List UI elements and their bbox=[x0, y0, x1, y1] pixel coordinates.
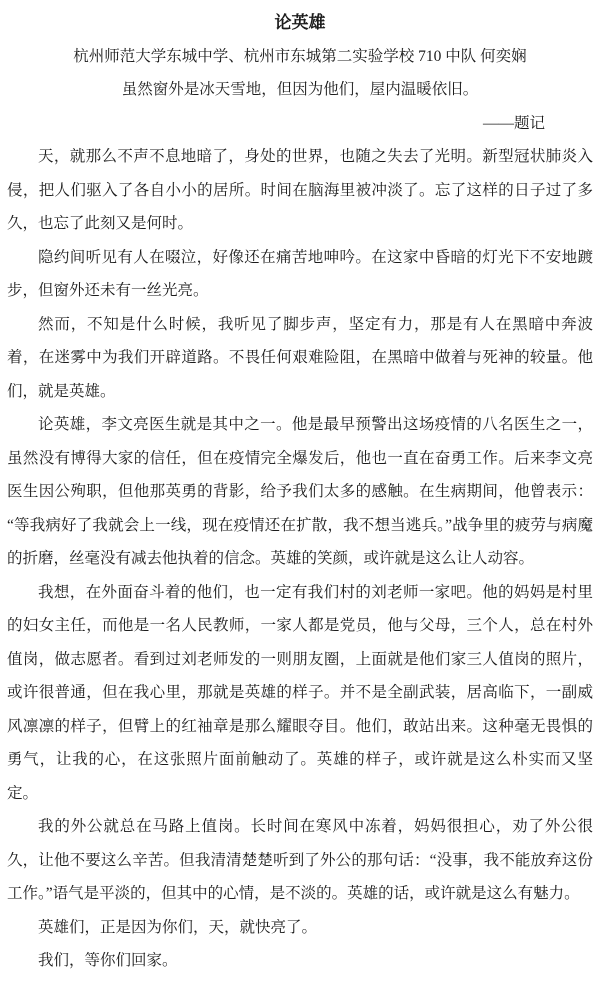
essay-document: 论英雄 杭州师范大学东城中学、杭州市东城第二实验学校 710 中队 何奕娴 虽然… bbox=[7, 6, 593, 978]
essay-paragraph: 论英雄，李文亮医生就是其中之一。他是最早预警出这场疫情的八名医生之一，虽然没有博… bbox=[7, 408, 593, 576]
essay-paragraph: 我们，等你们回家。 bbox=[7, 944, 593, 978]
essay-body: 天，就那么不声不息地暗了，身处的世界，也随之失去了光明。新型冠状肺炎入侵，把人们… bbox=[7, 140, 593, 978]
essay-paragraph: 隐约间听见有人在啜泣，好像还在痛苦地呻吟。在这家中昏暗的灯光下不安地踱步，但窗外… bbox=[7, 241, 593, 308]
essay-paragraph: 我的外公就总在马路上值岗。长时间在寒风中冻着，妈妈很担心，劝了外公很久，让他不要… bbox=[7, 810, 593, 911]
essay-paragraph: 英雄们，正是因为你们，天，就快亮了。 bbox=[7, 911, 593, 945]
essay-title: 论英雄 bbox=[7, 6, 593, 40]
essay-byline: 杭州师范大学东城中学、杭州市东城第二实验学校 710 中队 何奕娴 bbox=[7, 40, 593, 74]
essay-epigraph-attribution: ——题记 bbox=[7, 107, 593, 141]
essay-paragraph: 然而，不知是什么时候，我听见了脚步声，坚定有力，那是有人在黑暗中奔波着，在迷雾中… bbox=[7, 308, 593, 409]
essay-paragraph: 我想，在外面奋斗着的他们，也一定有我们村的刘老师一家吧。他的妈妈是村里的妇女主任… bbox=[7, 576, 593, 811]
essay-paragraph: 天，就那么不声不息地暗了，身处的世界，也随之失去了光明。新型冠状肺炎入侵，把人们… bbox=[7, 140, 593, 241]
essay-epigraph: 虽然窗外是冰天雪地，但因为他们，屋内温暖依旧。 bbox=[7, 73, 593, 107]
